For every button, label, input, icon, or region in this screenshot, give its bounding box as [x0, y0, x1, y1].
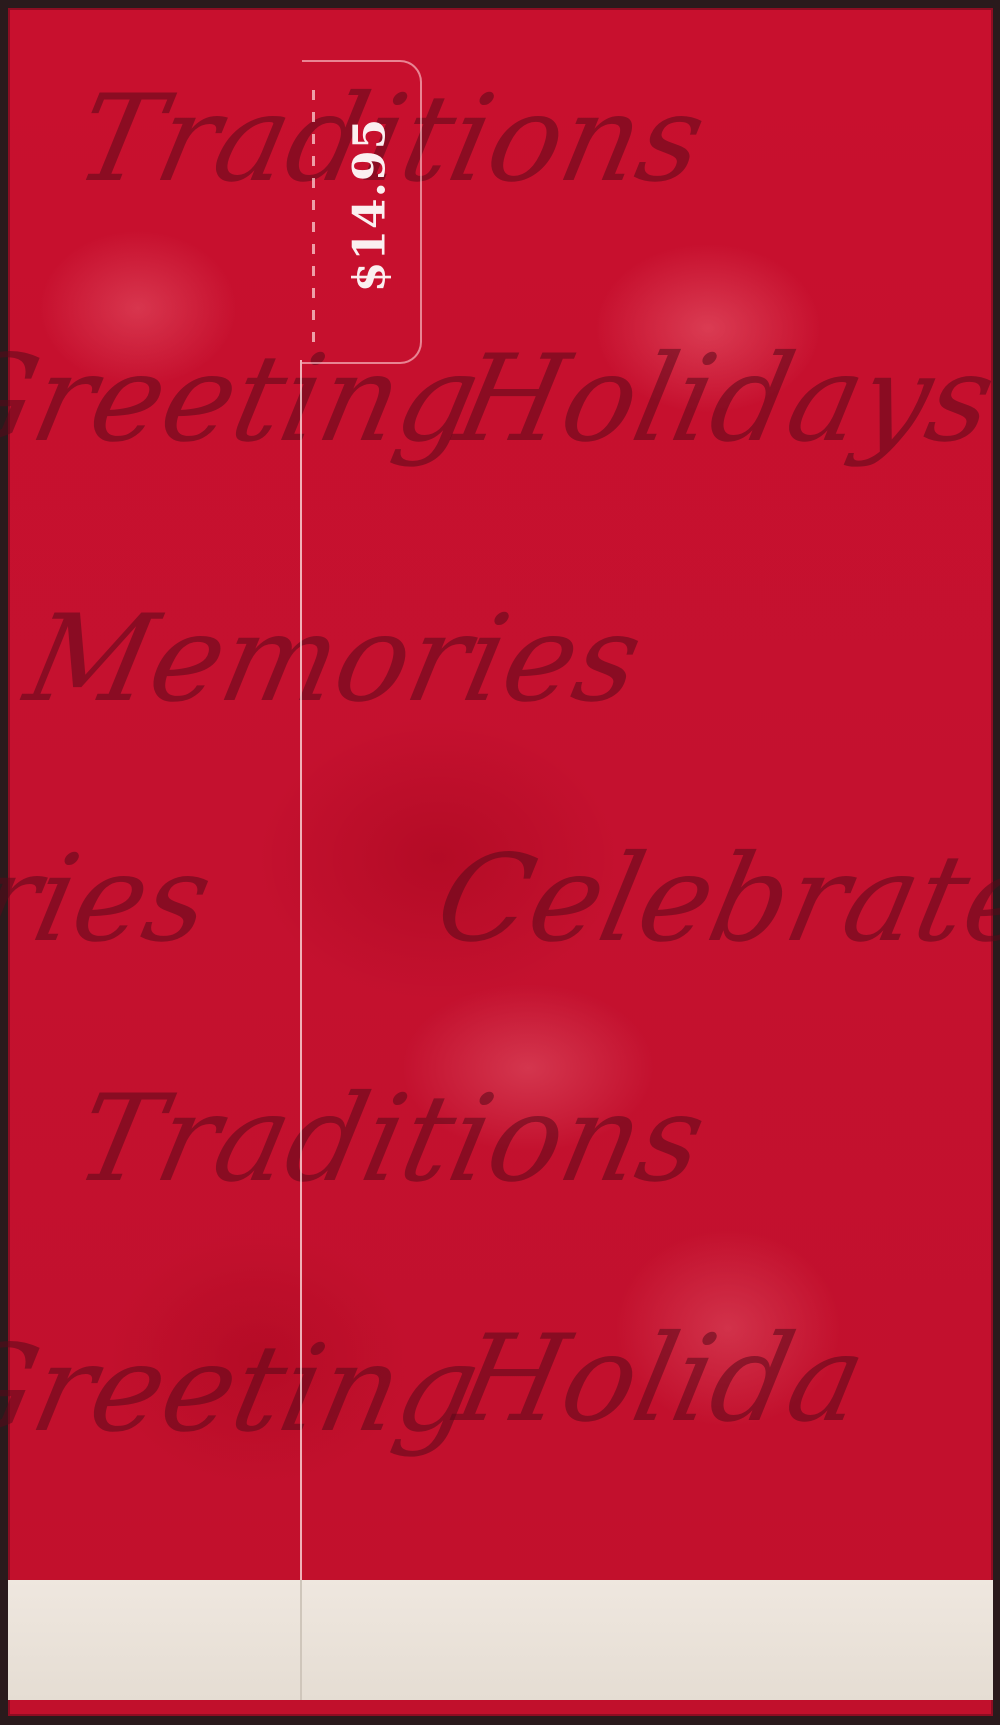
script-word: Traditions: [65, 1070, 716, 1209]
script-word: Memories: [15, 590, 653, 729]
photo-scene: Traditions Greeting Holidays Memories Ce…: [0, 0, 1000, 1725]
script-word: Celebrate: [425, 830, 1000, 969]
bottom-fold-edge: [300, 1580, 302, 1700]
script-word: Holida: [445, 1310, 877, 1449]
script-word: Greeting: [0, 1320, 491, 1459]
price-label: $14.95: [345, 118, 396, 292]
script-word: ries: [0, 830, 223, 969]
bottom-white-band: [8, 1580, 993, 1700]
box-flap-edge: [300, 360, 302, 1630]
perforation-line: [312, 90, 315, 350]
script-word: Holidays: [445, 330, 1000, 469]
